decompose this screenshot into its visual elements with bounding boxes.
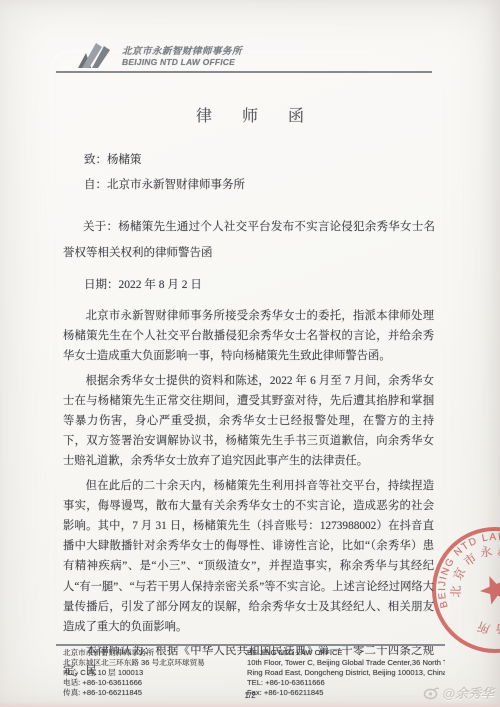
letterhead: 北京市永新智财律师事务所 BEIJING NTD LAW OFFICE <box>76 40 242 70</box>
header-rule <box>56 71 432 73</box>
sender-line: 自：北京市永新智财律师事务所 <box>84 176 245 192</box>
body-paragraph: 北京市永新智财律师事务所接受余秀华女士的委托，指派本律师处理杨槠策先生在个人社交… <box>63 306 434 367</box>
footer-en-line: Ring Road East, Dongcheng District, Beij… <box>247 668 445 678</box>
date-line: 日期：2022 年 8 月 2 日 <box>84 276 202 292</box>
footer-cn-line: 中心 C 座 10 层 100013 <box>63 668 247 678</box>
subject-line: 关于：杨槠策先生通过个人社交平台发布不实言论侵犯余秀华女士名誉权等相关权利的律师… <box>63 214 435 266</box>
footer-cn-line: 电话: +86-10-63611666 <box>63 678 247 688</box>
footer-en-line: BEIJING NTD LAW OFFICE <box>247 648 445 658</box>
seal-text-cn: 北京市永新智财律师事务所 <box>435 529 500 651</box>
weibo-watermark: @余秀华 <box>423 683 494 702</box>
sender-label: 自： <box>84 179 107 191</box>
recipient-line: 致：杨槠策 <box>84 151 142 167</box>
seal-star-icon <box>476 571 500 607</box>
letter-body: 北京市永新智财律师事务所接受余秀华女士的委托，指派本律师处理杨槠策先生在个人社交… <box>63 306 434 682</box>
footer-en-line: TEL: +86-10-63611666 <box>247 678 445 688</box>
letter-title: 律 师 函 <box>0 103 500 126</box>
recipient-value: 杨槠策 <box>107 154 142 166</box>
footer-cn-line: 北京东城区北三环东路 36 号北京环球贸易 <box>63 658 247 668</box>
body-paragraph: 但在此后的二十余天内，杨槠策先生利用抖音等社交平台，持续捏造事实，侮辱谩骂，散布… <box>63 476 434 638</box>
svg-text:北京市永新智财律师事务所: 北京市永新智财律师事务所 <box>435 529 500 651</box>
ntd-logo-icon <box>76 40 112 70</box>
footer-en-line: 10th Floor, Tower C, Beijing Global Trad… <box>247 658 445 668</box>
weibo-icon <box>423 686 439 700</box>
firm-name-block: 北京市永新智财律师事务所 BEIJING NTD LAW OFFICE <box>122 43 242 67</box>
watermark-text: @余秀华 <box>442 683 494 702</box>
recipient-label: 致： <box>84 154 107 166</box>
firm-name-cn: 北京市永新智财律师事务所 <box>122 43 242 57</box>
scan-edge-artifact <box>0 702 500 707</box>
body-paragraph: 根据余秀华女士提供的资料和陈述，2022 年 6 月至 7 月间，余秀华女士在与… <box>63 371 434 472</box>
footer-rule <box>56 644 445 646</box>
sender-value: 北京市永新智财律师事务所 <box>107 179 245 191</box>
firm-name-en: BEIJING NTD LAW OFFICE <box>122 57 242 67</box>
scanned-letter-page: 北京市永新智财律师事务所 BEIJING NTD LAW OFFICE 律 师 … <box>0 0 500 707</box>
footer-cn-line: 北京市永新智财律师事务所 <box>63 648 247 658</box>
